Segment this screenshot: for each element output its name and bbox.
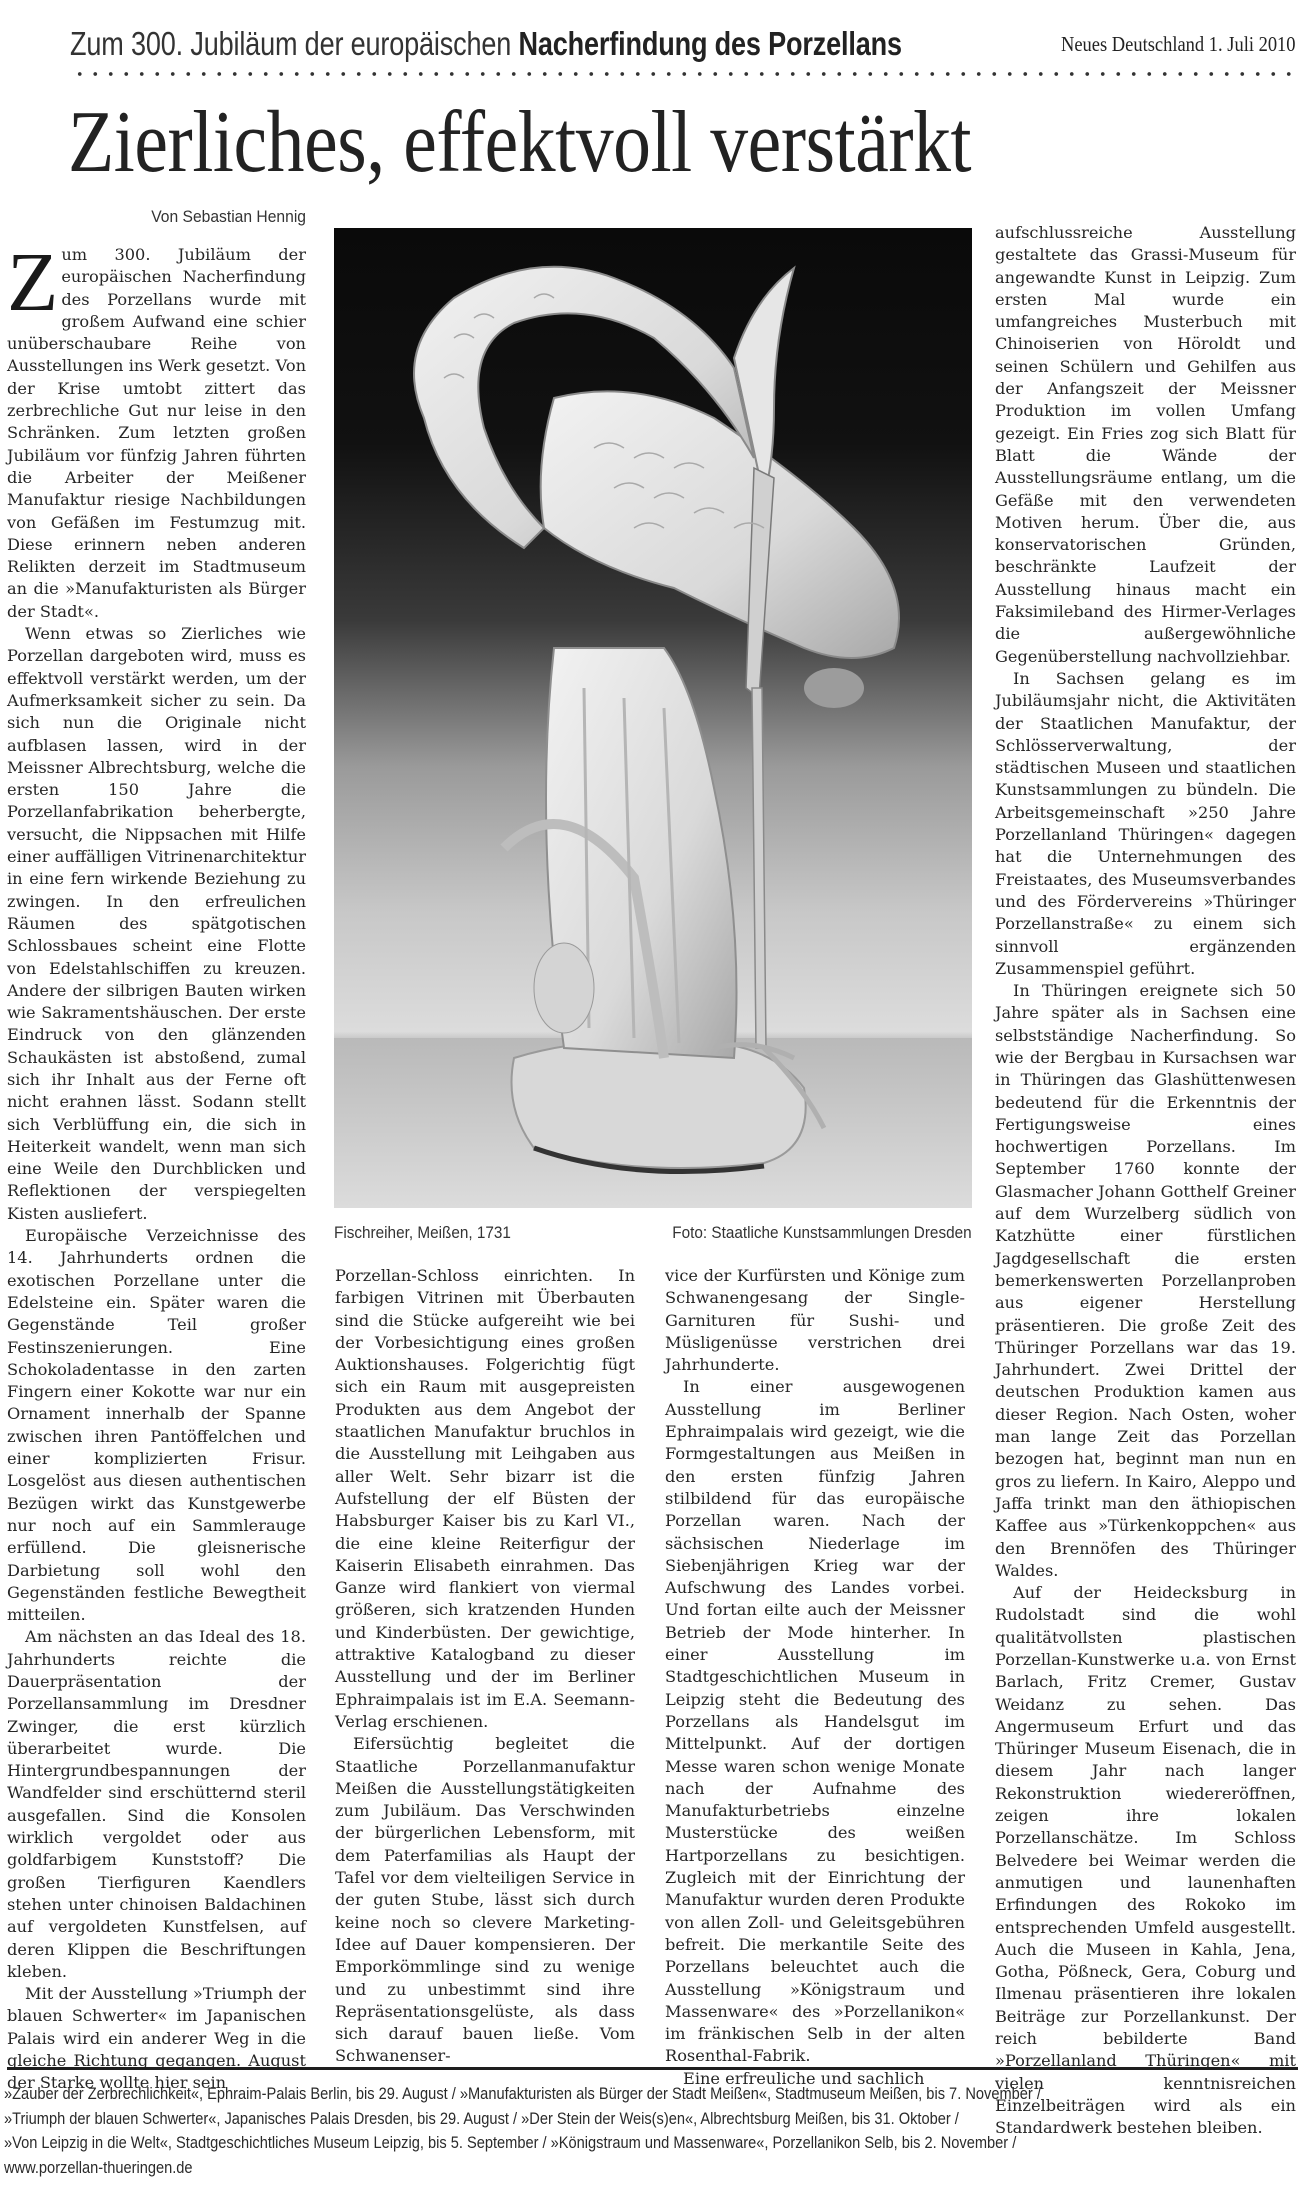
article-column-1: Von Sebastian Hennig Zum 300. Jubiläum d… bbox=[7, 206, 306, 2095]
kicker-bold: Nacherfindung des Porzellans bbox=[519, 25, 902, 62]
article-column-3: vice der Kurfürsten und Könige zum Schwa… bbox=[665, 1265, 965, 2090]
paragraph: Zum 300. Jubiläum der europäischen Nache… bbox=[7, 244, 306, 623]
paragraph: Wenn etwas so Zierliches wie Porzellan d… bbox=[7, 623, 306, 1225]
exhibition-list: »Zauber der Zerbrechlichkeit«, Ephraim-P… bbox=[4, 2082, 1304, 2180]
paragraph: Mit der Ausstellung »Triumph der blauen … bbox=[7, 1983, 306, 2094]
paragraph: In Thüringen ereignete sich 50 Jahre spä… bbox=[995, 980, 1296, 1582]
paragraph: In Sachsen gelang es im Jubiläumsjahr ni… bbox=[995, 668, 1296, 980]
paragraph: vice der Kurfürsten und Könige zum Schwa… bbox=[665, 1265, 965, 1376]
publication-source: Neues Deutschland 1. Juli 2010 bbox=[1061, 30, 1296, 58]
article-column-2: Porzellan-Schloss einrichten. In farbige… bbox=[335, 1265, 635, 2068]
paragraph: Auf der Heidecksburg in Rudolstadt sind … bbox=[995, 1582, 1296, 2139]
heron-figurine-illustration bbox=[334, 228, 972, 1208]
kicker-light: Zum 300. Jubiläum der europäischen bbox=[70, 25, 519, 62]
exhibition-line: »Von Leipzig in die Welt«, Stadtgeschich… bbox=[4, 2131, 1122, 2156]
paragraph: Eifersüchtig begleitet die Staatliche Po… bbox=[335, 1733, 635, 2067]
paragraph: aufschlussreiche Ausstellung gestaltete … bbox=[995, 222, 1296, 668]
footer-rule bbox=[7, 2067, 1298, 2070]
headline: Zierliches, effektvoll verstärkt bbox=[68, 88, 971, 198]
photo-caption: Fischreiher, Meißen, 1731 bbox=[334, 1222, 511, 1244]
dotted-divider bbox=[72, 70, 1302, 78]
photo-credit: Foto: Staatliche Kunstsammlungen Dresden bbox=[673, 1222, 972, 1244]
byline: Von Sebastian Hennig bbox=[31, 206, 306, 228]
article-column-4: aufschlussreiche Ausstellung gestaltete … bbox=[995, 222, 1296, 2140]
paragraph: In einer ausgewogenen Ausstellung im Ber… bbox=[665, 1376, 965, 2067]
heron-photo bbox=[334, 228, 972, 1208]
kicker: Zum 300. Jubiläum der europäischen Nache… bbox=[70, 22, 1300, 66]
paragraph: Europäische Verzeichnisse des 14. Jahrhu… bbox=[7, 1225, 306, 1626]
drop-cap: Z bbox=[7, 246, 58, 314]
kicker-text: Zum 300. Jubiläum der europäischen Nache… bbox=[70, 22, 902, 66]
paragraph: Porzellan-Schloss einrichten. In farbige… bbox=[335, 1265, 635, 1733]
exhibition-line: »Triumph der blauen Schwerter«, Japanisc… bbox=[4, 2107, 1122, 2132]
paragraph: Am nächsten an das Ideal des 18. Jahrhun… bbox=[7, 1626, 306, 1983]
website-link[interactable]: www.porzellan-thueringen.de bbox=[4, 2156, 1122, 2181]
exhibition-line: »Zauber der Zerbrechlichkeit«, Ephraim-P… bbox=[4, 2082, 1122, 2107]
